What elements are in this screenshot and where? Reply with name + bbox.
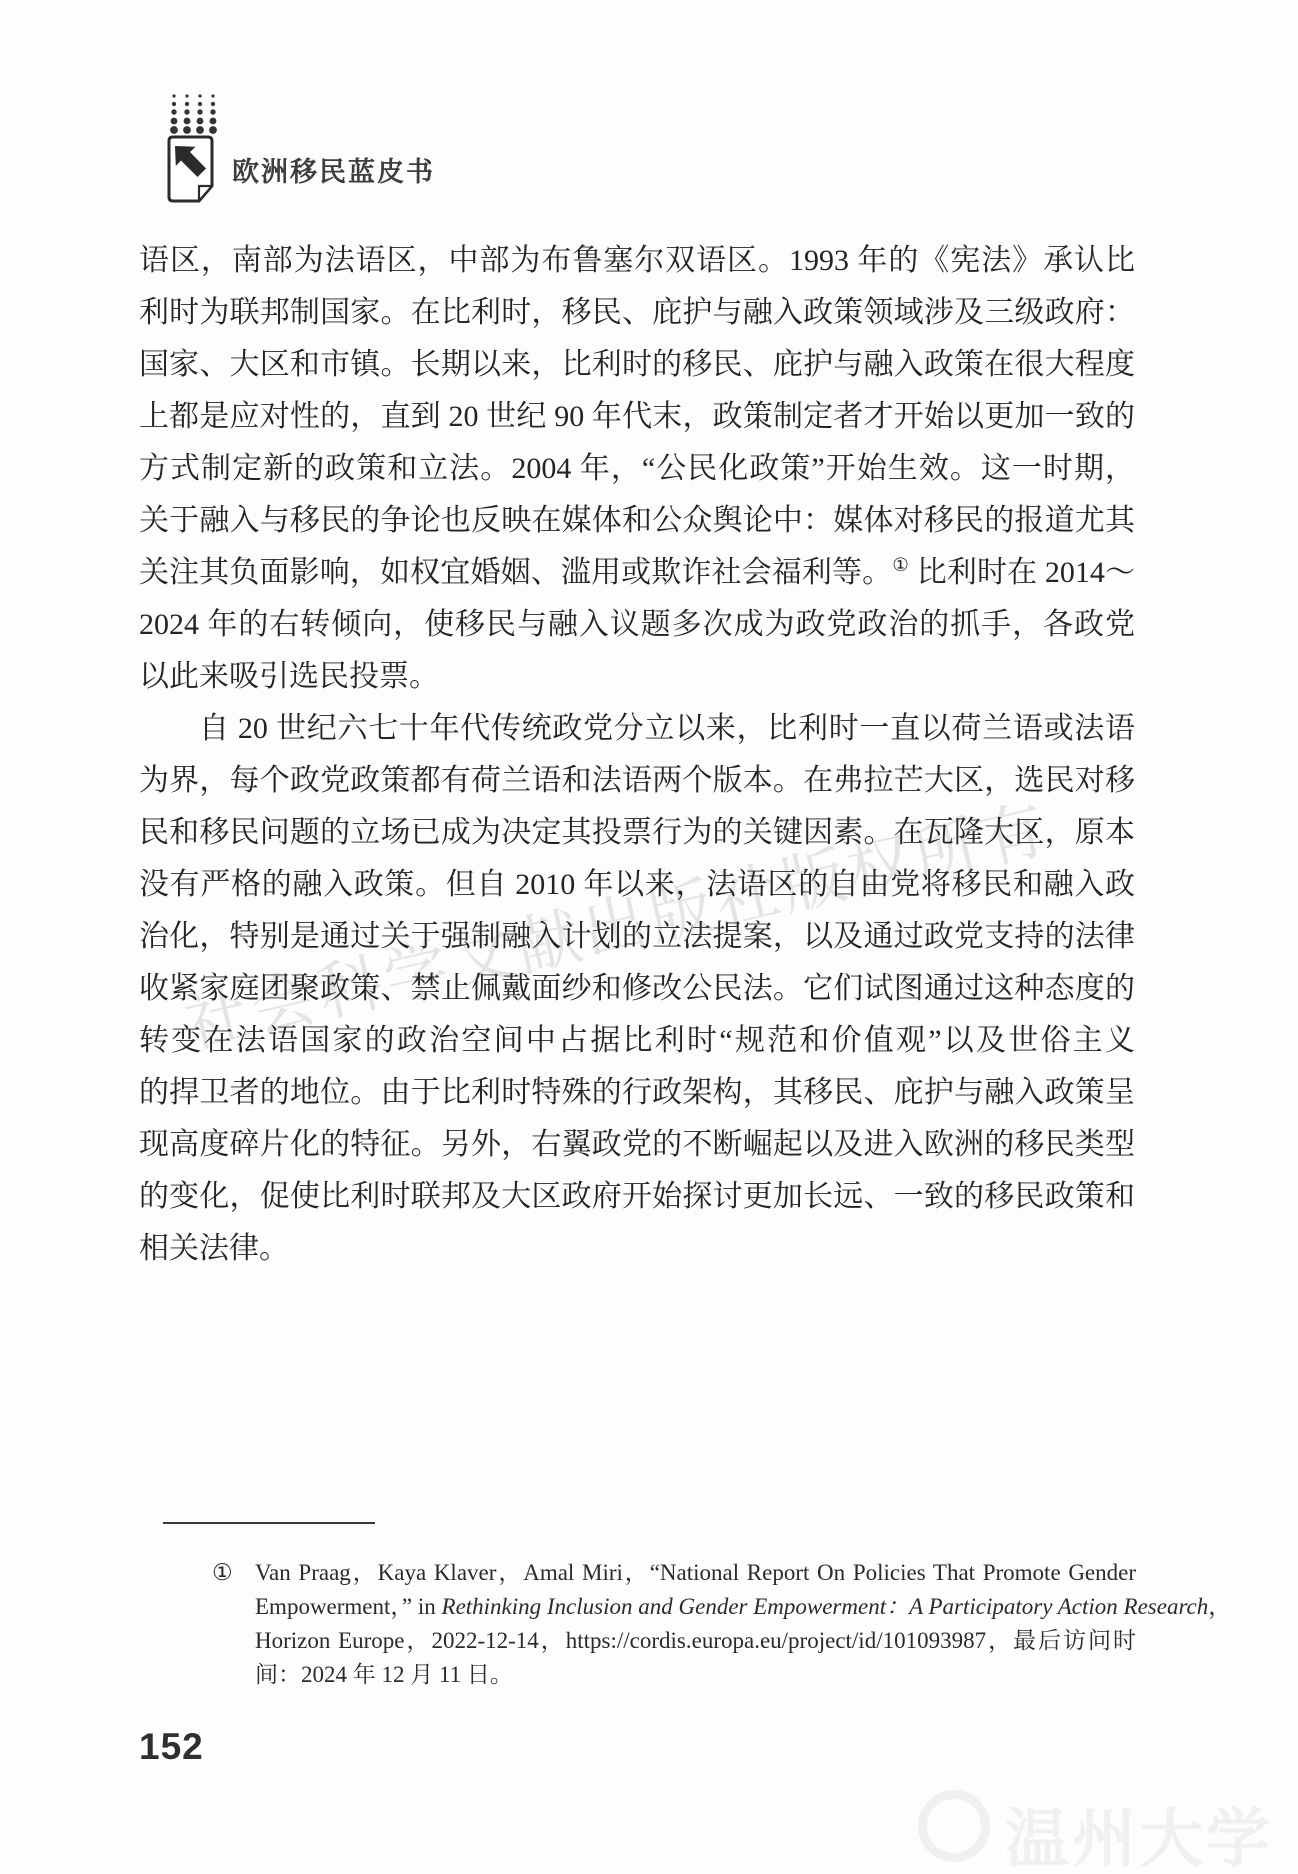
text-line: 利时为联邦制国家。在比利时，移民、庇护与融入政策领域涉及三级政府： bbox=[139, 287, 1135, 339]
text-line: 的变化，促使比利时联邦及大区政府开始探讨更加长远、一致的移民政策和 bbox=[139, 1171, 1135, 1223]
text-line: 为界，每个政党政策都有荷兰语和法语两个版本。在弗拉芒大区，选民对移 bbox=[139, 755, 1135, 807]
footnote-reference-marker: ① bbox=[892, 555, 909, 576]
text-segment: 关注其负面影响，如权宜婚姻、滥用或欺诈社会福利等。 bbox=[139, 556, 892, 589]
logo-arrow-page-icon bbox=[166, 135, 216, 204]
text-line: 国家、大区和市镇。长期以来，比利时的移民、庇护与融入政策在很大程度 bbox=[139, 339, 1135, 391]
body-text: 语区，南部为法语区，中部为布鲁塞尔双语区。1993 年的《宪法》承认比 利时为联… bbox=[139, 235, 1135, 1275]
text-line: 方式制定新的政策和立法。2004 年，“公民化政策”开始生效。这一时期， bbox=[139, 443, 1135, 495]
footnote-line: Van Praag，Kaya Klaver，Amal Miri，“Nationa… bbox=[255, 1556, 1136, 1590]
text-line: 自 20 世纪六七十年代传统政党分立以来，比利时一直以荷兰语或法语 bbox=[139, 703, 1135, 755]
text-line: 语区，南部为法语区，中部为布鲁塞尔双语区。1993 年的《宪法》承认比 bbox=[139, 235, 1135, 287]
footnote-number: ① bbox=[212, 1556, 233, 1590]
citation-text: ， bbox=[1208, 1594, 1231, 1619]
footnote-separator bbox=[163, 1522, 375, 1524]
text-line: 上都是应对性的，直到 20 世纪 90 年代末，政策制定者才开始以更加一致的 bbox=[139, 391, 1135, 443]
text-line: 以此来吸引选民投票。 bbox=[139, 651, 1135, 703]
footnote-line: 间：2024 年 12 月 11 日。 bbox=[255, 1658, 1136, 1692]
university-watermark: 温州大学 bbox=[1005, 1788, 1273, 1874]
text-line-with-footnote-ref: 关注其负面影响，如权宜婚姻、滥用或欺诈社会福利等。① 比利时在 2014～ bbox=[139, 547, 1135, 599]
text-line: 关于融入与移民的争论也反映在媒体和公众舆论中：媒体对移民的报道尤其 bbox=[139, 495, 1135, 547]
text-line: 治化，特别是通过关于强制融入计划的立法提案，以及通过政党支持的法律 bbox=[139, 911, 1135, 963]
footnote-line: Horizon Europe，2022-12-14，https://cordis… bbox=[255, 1624, 1136, 1658]
text-line: 收紧家庭团聚政策、禁止佩戴面纱和修改公民法。它们试图通过这种态度的 bbox=[139, 963, 1135, 1015]
text-line: 没有严格的融入政策。但自 2010 年以来，法语区的自由党将移民和融入政 bbox=[139, 859, 1135, 911]
footnote-line: Empowerment，” in Rethinking Inclusion an… bbox=[255, 1590, 1136, 1624]
text-line: 现高度碎片化的特征。另外，右翼政党的不断崛起以及进入欧洲的移民类型 bbox=[139, 1119, 1135, 1171]
text-line: 相关法律。 bbox=[139, 1223, 1135, 1275]
page-number: 152 bbox=[139, 1726, 204, 1768]
citation-book-title: Rethinking Inclusion and Gender Empowerm… bbox=[442, 1594, 1209, 1619]
logo-dots-icon bbox=[168, 92, 220, 134]
text-line: 民和移民问题的立场已成为决定其投票行为的关键因素。在瓦隆大区，原本 bbox=[139, 807, 1135, 859]
footnote: ① Van Praag，Kaya Klaver，Amal Miri，“Natio… bbox=[140, 1556, 1136, 1692]
text-line: 转变在法语国家的政治空间中占据比利时“规范和价值观”以及世俗主义 bbox=[139, 1015, 1135, 1067]
citation-text: Empowerment，” in bbox=[255, 1594, 442, 1619]
text-line: 2024 年的右转倾向，使移民与融入议题多次成为政党政治的抓手，各政党 bbox=[139, 599, 1135, 651]
series-title: 欧洲移民蓝皮书 bbox=[232, 150, 435, 189]
paragraph-1: 语区，南部为法语区，中部为布鲁塞尔双语区。1993 年的《宪法》承认比 利时为联… bbox=[139, 235, 1135, 703]
book-page: 社会科学文献出版社版权所有 温州大学 欧洲移民蓝皮书 bbox=[0, 0, 1298, 1874]
paragraph-2: 自 20 世纪六七十年代传统政党分立以来，比利时一直以荷兰语或法语 为界，每个政… bbox=[139, 703, 1135, 1275]
text-line: 的捍卫者的地位。由于比利时特殊的行政架构，其移民、庇护与融入政策呈 bbox=[139, 1067, 1135, 1119]
university-seal-icon bbox=[918, 1790, 990, 1862]
text-segment: 比利时在 2014～ bbox=[909, 556, 1135, 589]
